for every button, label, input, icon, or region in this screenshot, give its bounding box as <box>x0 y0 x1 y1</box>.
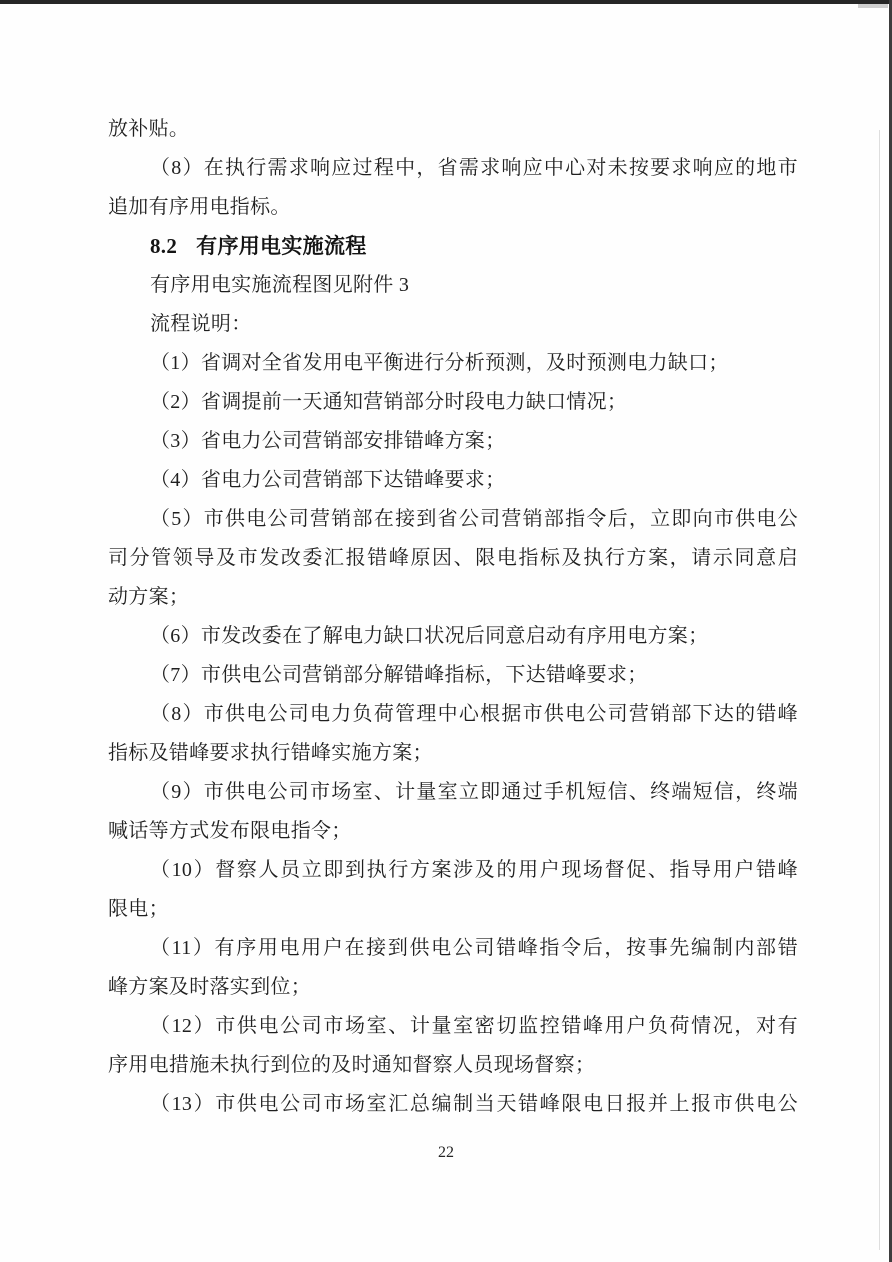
page-number: 22 <box>0 1144 892 1162</box>
text-line: （10）督察人员立即到执行方案涉及的用户现场督促、指导用户错峰 <box>108 851 798 890</box>
text-line: （13）市供电公司市场室汇总编制当天错峰限电日报并上报市供电公 <box>108 1085 798 1124</box>
heading-number: 8.2 <box>150 234 177 258</box>
text-line: 指标及错峰要求执行错峰实施方案； <box>108 734 798 773</box>
text-line: （6）市发改委在了解电力缺口状况后同意启动有序用电方案； <box>108 617 798 656</box>
text-line: 序用电措施未执行到位的及时通知督察人员现场督察； <box>108 1046 798 1085</box>
text-line: （3）省电力公司营销部安排错峰方案； <box>108 422 798 461</box>
text-line: （12）市供电公司市场室、计量室密切监控错峰用户负荷情况，对有 <box>108 1007 798 1046</box>
text-line: 司分管领导及市发改委汇报错峰原因、限电指标及执行方案，请示同意启 <box>108 539 798 578</box>
text-line: 动方案； <box>108 578 798 617</box>
text-line: 喊话等方式发布限电指令； <box>108 812 798 851</box>
section-heading: 8.2有序用电实施流程 <box>108 227 798 266</box>
heading-title: 有序用电实施流程 <box>196 234 366 258</box>
document-content: 放补贴。（8）在执行需求响应过程中，省需求响应中心对未按要求响应的地市追加有序用… <box>108 110 798 1124</box>
text-line: （9）市供电公司市场室、计量室立即通过手机短信、终端短信，终端 <box>108 773 798 812</box>
text-line: （4）省电力公司营销部下达错峰要求； <box>108 461 798 500</box>
text-line: （8）市供电公司电力负荷管理中心根据市供电公司营销部下达的错峰 <box>108 695 798 734</box>
text-line: （11）有序用电用户在接到供电公司错峰指令后，按事先编制内部错 <box>108 929 798 968</box>
text-line: 流程说明： <box>108 305 798 344</box>
text-line: （7）市供电公司营销部分解错峰指标，下达错峰要求； <box>108 656 798 695</box>
text-line: 限电； <box>108 890 798 929</box>
scan-edge-faint-line <box>879 130 880 1250</box>
text-line: （8）在执行需求响应过程中，省需求响应中心对未按要求响应的地市 <box>108 149 798 188</box>
text-line: （1）省调对全省发用电平衡进行分析预测，及时预测电力缺口； <box>108 344 798 383</box>
scan-edge-notch <box>858 4 888 8</box>
text-line: 追加有序用电指标。 <box>108 188 798 227</box>
text-line: 放补贴。 <box>108 110 798 149</box>
scan-edge-top <box>0 0 892 4</box>
text-line: 峰方案及时落实到位； <box>108 968 798 1007</box>
document-page: 放补贴。（8）在执行需求响应过程中，省需求响应中心对未按要求响应的地市追加有序用… <box>0 0 892 1262</box>
text-line: 有序用电实施流程图见附件 3 <box>108 266 798 305</box>
text-line: （5）市供电公司营销部在接到省公司营销部指令后，立即向市供电公 <box>108 500 798 539</box>
text-line: （2）省调提前一天通知营销部分时段电力缺口情况； <box>108 383 798 422</box>
